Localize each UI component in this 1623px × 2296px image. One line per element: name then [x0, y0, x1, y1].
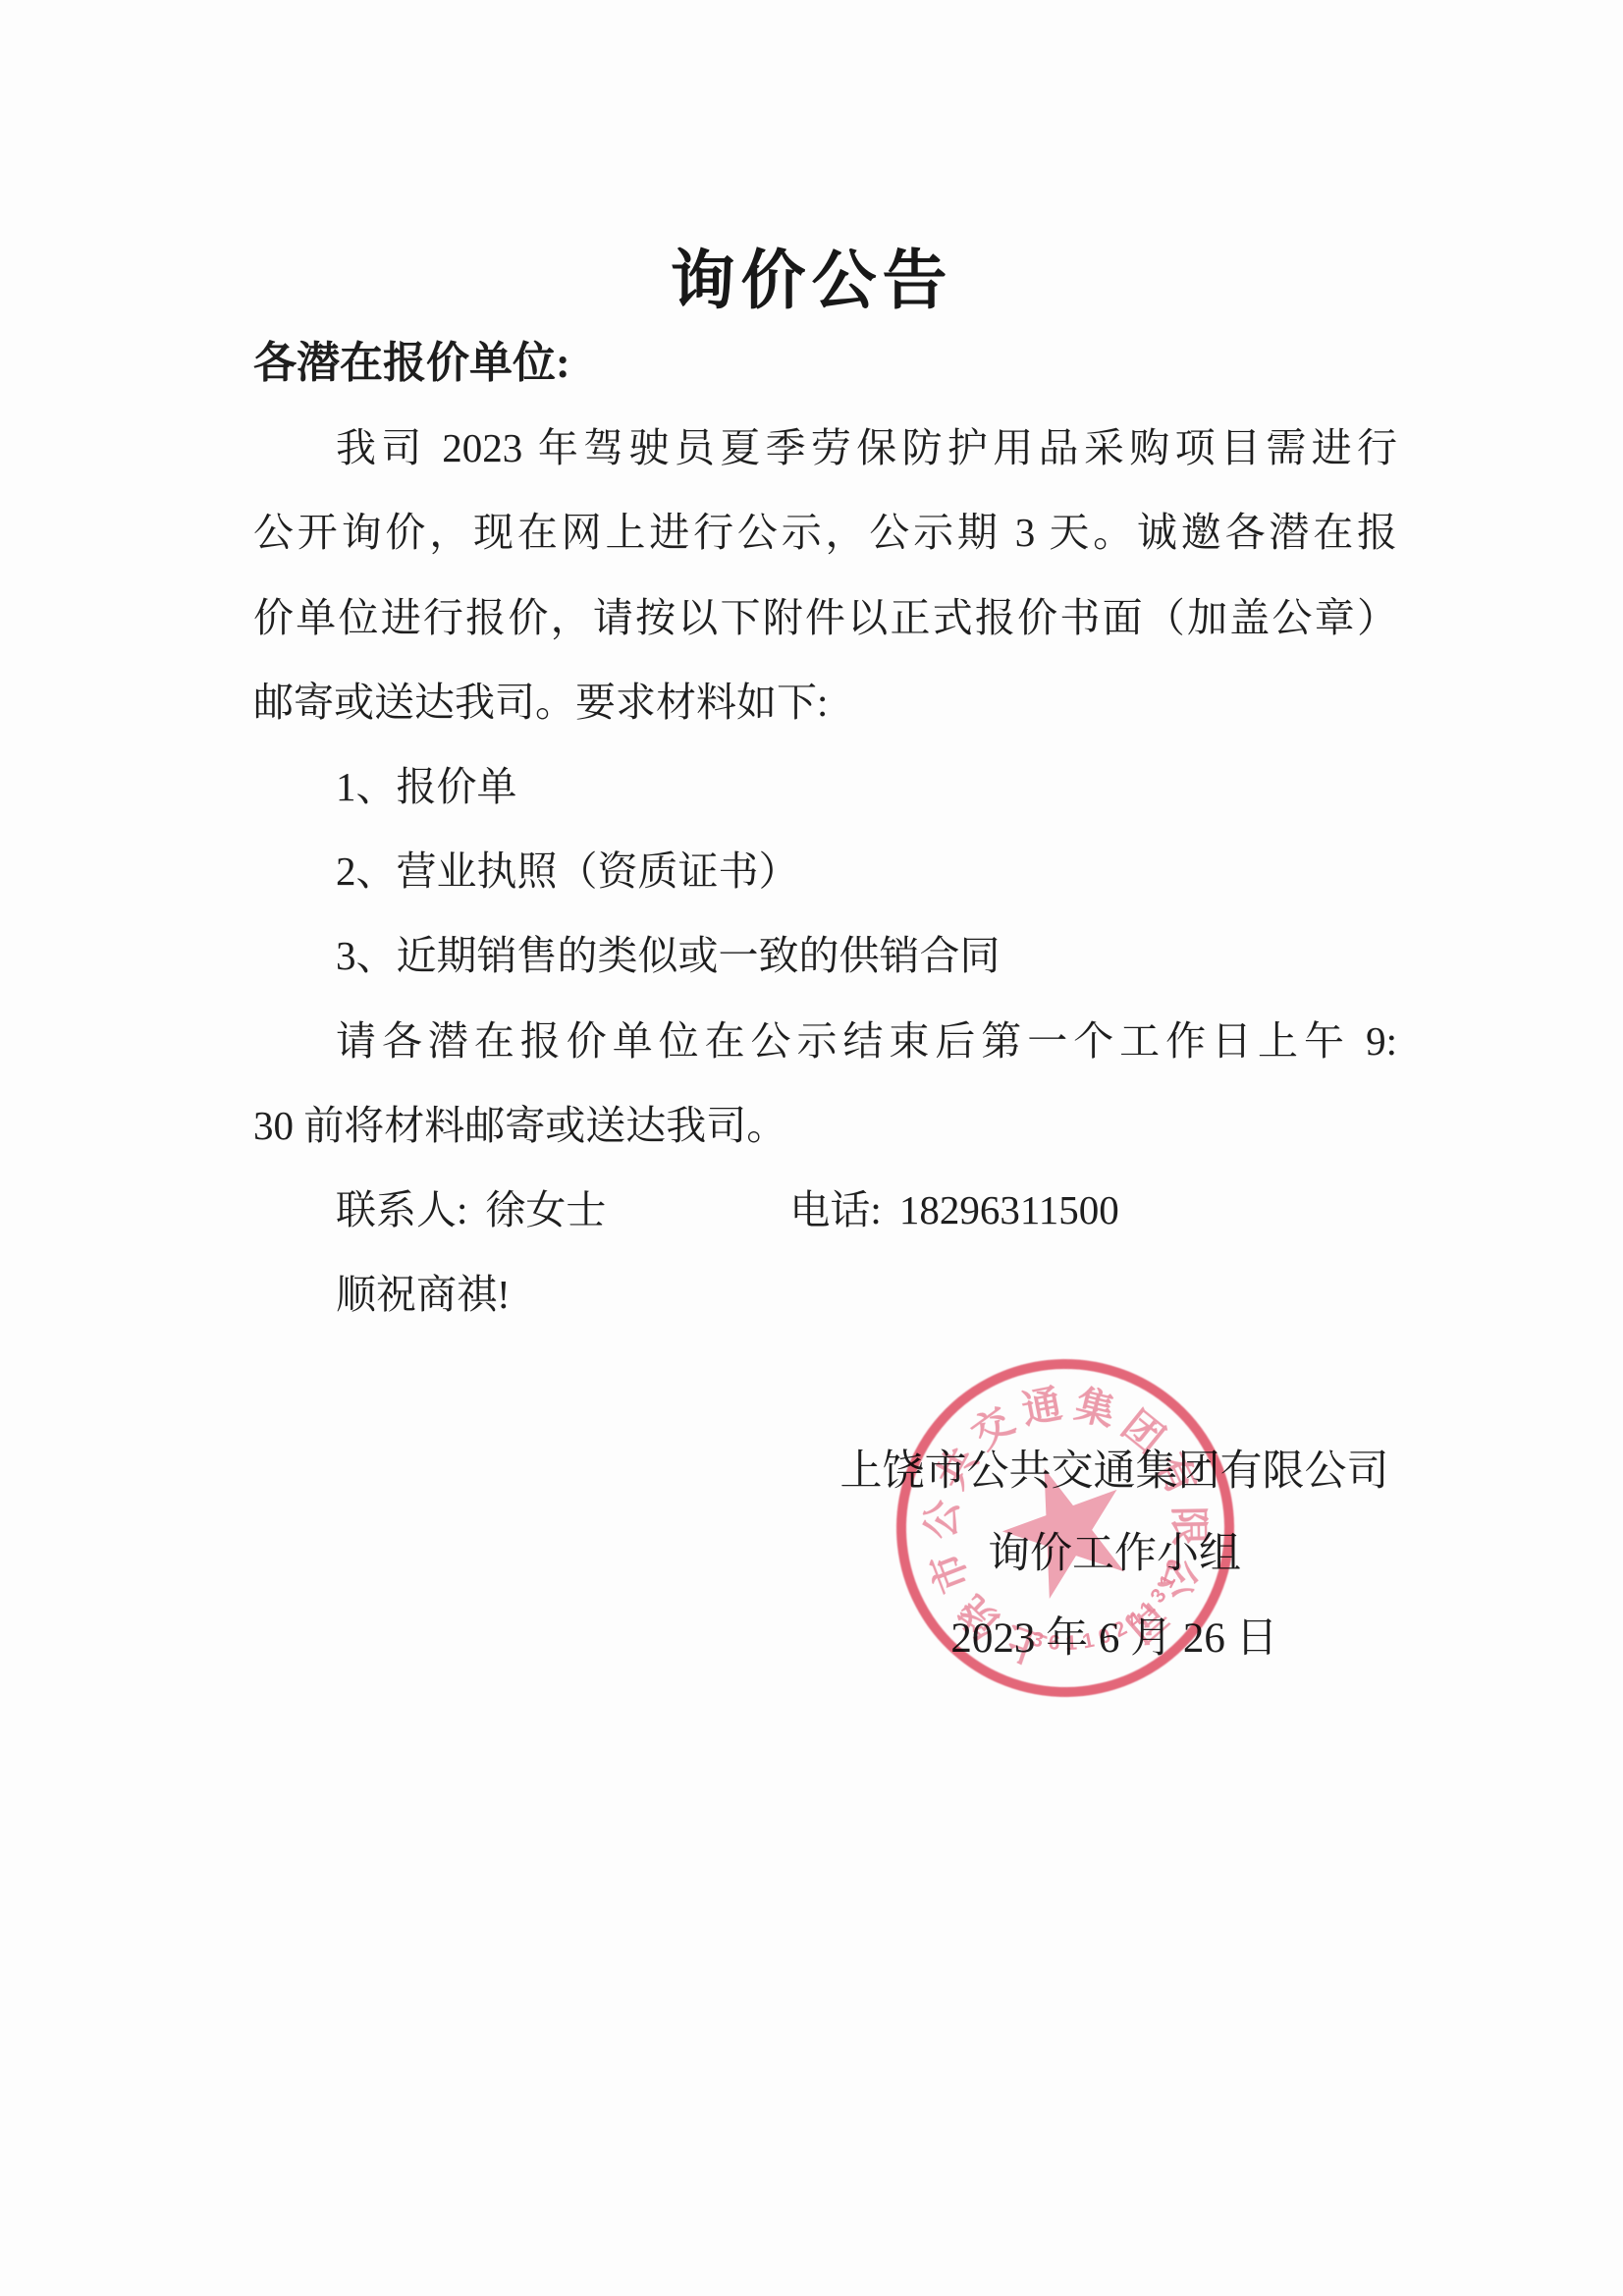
- list-item-3: 3、近期销售的类似或一致的供销合同: [253, 913, 1480, 998]
- paragraph1-line3: 价单位进行报价，请按以下附件以正式报价书面（加盖公章）: [253, 575, 1397, 660]
- list-item-1: 1、报价单: [253, 744, 1480, 829]
- salutation: 各潜在报价单位:: [253, 321, 1397, 406]
- official-seal-stamp: 上饶市公共交通集团有限公司 36110241319: [880, 1342, 1251, 1714]
- contact-person-label: 联系人:: [336, 1187, 467, 1232]
- page-title: 询价公告: [0, 228, 1623, 321]
- stamp-ring-char: 公: [909, 1498, 968, 1541]
- closing-wish: 顺祝商祺!: [253, 1252, 1480, 1337]
- stamp-code-digit: 6: [1048, 1631, 1061, 1656]
- contact-phone-number: 18296311500: [899, 1187, 1119, 1232]
- contact-phone-label: 电话:: [789, 1187, 881, 1232]
- list-item-2: 2、营业执照（资质证书）: [253, 829, 1480, 913]
- stamp-ring-char: 限: [1163, 1505, 1220, 1546]
- paragraph2-line1: 请各潜在报价单位在公示结束后第一个工作日上午 9:: [253, 999, 1397, 1083]
- contact-line: 联系人:徐女士电话:18296311500: [253, 1168, 1480, 1252]
- stamp-code-digit: 1: [1065, 1632, 1078, 1657]
- paragraph2-line2: 30 前将材料邮寄或送达我司。: [253, 1083, 1397, 1168]
- paragraph1-line4: 邮寄或送达我司。要求材料如下:: [253, 660, 1397, 744]
- paragraph1-line2: 公开询价，现在网上进行公示，公示期 3 天。诚邀各潜在报: [253, 490, 1397, 574]
- contact-person-name: 徐女士: [485, 1187, 606, 1232]
- paragraph1-line1: 我司 2023 年驾驶员夏季劳保防护用品采购项目需进行: [253, 406, 1397, 490]
- document-page: 询价公告 各潜在报价单位: 我司 2023 年驾驶员夏季劳保防护用品采购项目需进…: [0, 0, 1623, 2296]
